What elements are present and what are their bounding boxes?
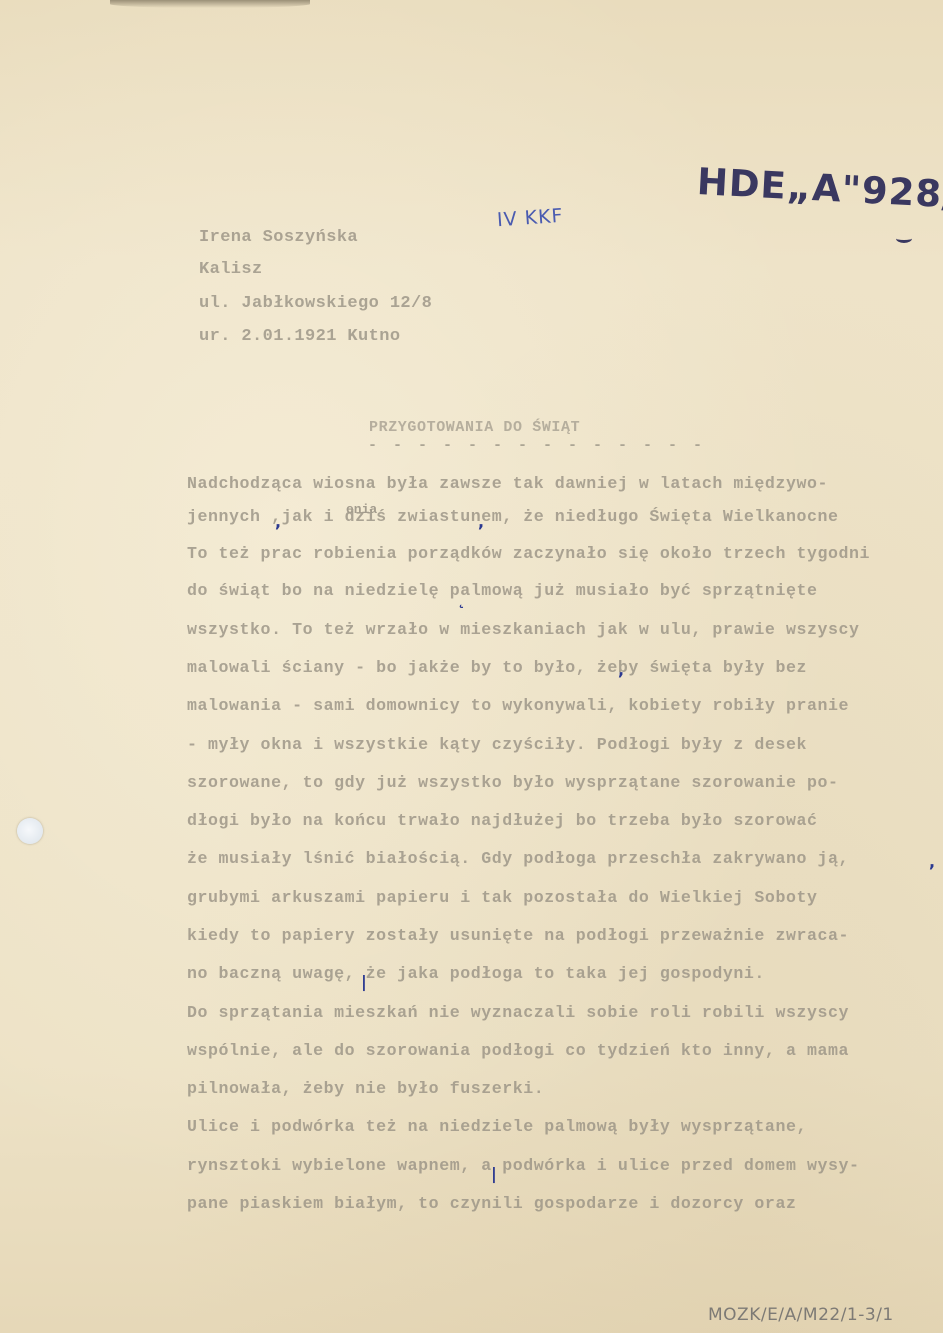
body-line: dłogi było na końcu trwało najdłużej bo … [187,811,817,830]
body-line: kiedy to papiery zostały usunięte na pod… [187,926,849,945]
handwritten-kkf-note: IV KKF [496,205,564,232]
reference-underline-mark [896,234,912,243]
body-line: pane piaskiem białym, to czynili gospoda… [187,1194,796,1213]
pen-comma-mark: , [618,660,624,679]
author-birth: ur. 2.01.1921 Kutno [199,327,400,346]
body-line: Do sprzątania mieszkań nie wyznaczali so… [187,1003,849,1022]
pen-ogonek-mark: ˛ [457,590,465,609]
body-line: szorowane, to gdy już wszystko było wysp… [187,773,839,792]
body-line: pilnowała, żeby nie było fuszerki. [187,1079,544,1098]
punch-hole [17,818,43,844]
body-line: do świąt bo na niedzielę palmową już mus… [187,581,817,600]
body-line: grubymi arkuszami papieru i tak pozostał… [187,888,817,907]
title-underline: - - - - - - - - - - - - - - [368,437,706,454]
author-address: ul. Jabłkowskiego 12/8 [199,294,432,313]
pen-comma-mark: , [929,852,935,871]
author-name: Irena Soszyńska [199,228,358,247]
body-line: Nadchodząca wiosna była zawsze tak dawni… [187,474,828,493]
document-title: PRZYGOTOWANIA DO ŚWIĄT [369,419,580,436]
body-line: malowania - sami domownicy to wykonywali… [187,696,849,715]
body-line: To też prac robienia porządków zaczynało… [187,544,870,563]
author-city: Kalisz [199,260,263,279]
body-line: malowali ściany - bo jakże by to było, ż… [187,658,807,677]
body-line: rynsztoki wybielone wapnem, a podwórka i… [187,1156,860,1175]
pen-comma-mark: | [491,1164,497,1183]
interlinear-correction: enia [346,502,377,517]
body-line: wspólnie, ale do szorowania podłogi co t… [187,1041,849,1060]
pen-comma-mark: | [361,972,367,991]
pen-comma-mark: , [275,512,281,531]
body-line: jennych ,jak i dziś zwiastunem, że niedł… [187,507,839,526]
body-line: Ulice i podwórka też na niedziele palmow… [187,1117,807,1136]
scan-edge-shadow [110,0,310,8]
handwritten-reference-code: HDE„A"928/IV [696,160,943,219]
archive-signature: MOZK/E/A/M22/1-3/1 [708,1305,894,1325]
body-line: no baczną uwagę, że jaka podłoga to taka… [187,964,765,983]
body-line: wszystko. To też wrzało w mieszkaniach j… [187,620,860,639]
body-line: - myły okna i wszystkie kąty czyściły. P… [187,735,807,754]
pen-comma-mark: , [478,512,484,531]
body-line: że musiały lśnić białością. Gdy podłoga … [187,849,849,868]
